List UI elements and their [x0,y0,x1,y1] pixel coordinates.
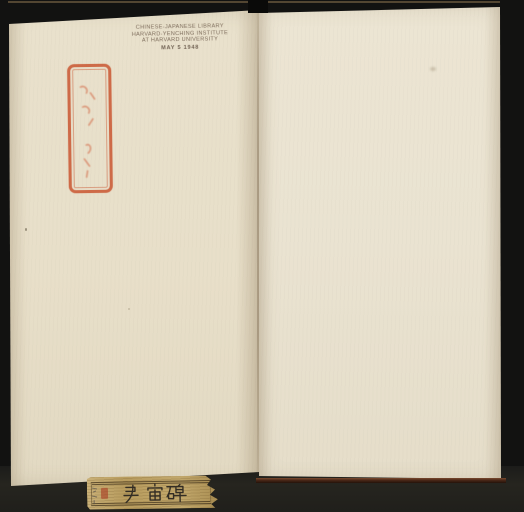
label-side-annotations [89,485,101,507]
dust-speck [128,308,130,310]
paper-grain-texture [258,5,502,483]
red-collector-seal [67,64,113,194]
scanned-page-right [258,5,502,483]
dust-speck [25,228,27,231]
library-stamp: CHINESE-JAPANESE LIBRARY HARVARD-YENCHIN… [122,23,238,52]
label-title-calligraphy [123,482,195,503]
library-stamp-date: MAY 5 1948 [122,44,238,53]
dust-speck [430,67,436,71]
gutter-top-gap [248,0,268,13]
scanned-page-left: CHINESE-JAPANESE LIBRARY HARVARD-YENCHIN… [8,8,259,487]
page-gutter-seam [257,12,259,474]
title-label-strip: 尹宙碑 [87,475,220,510]
seal-script-marks [70,67,110,191]
paper-grain-texture [8,8,259,487]
label-seal-mark [101,488,108,499]
book-cover-edge [256,478,506,483]
